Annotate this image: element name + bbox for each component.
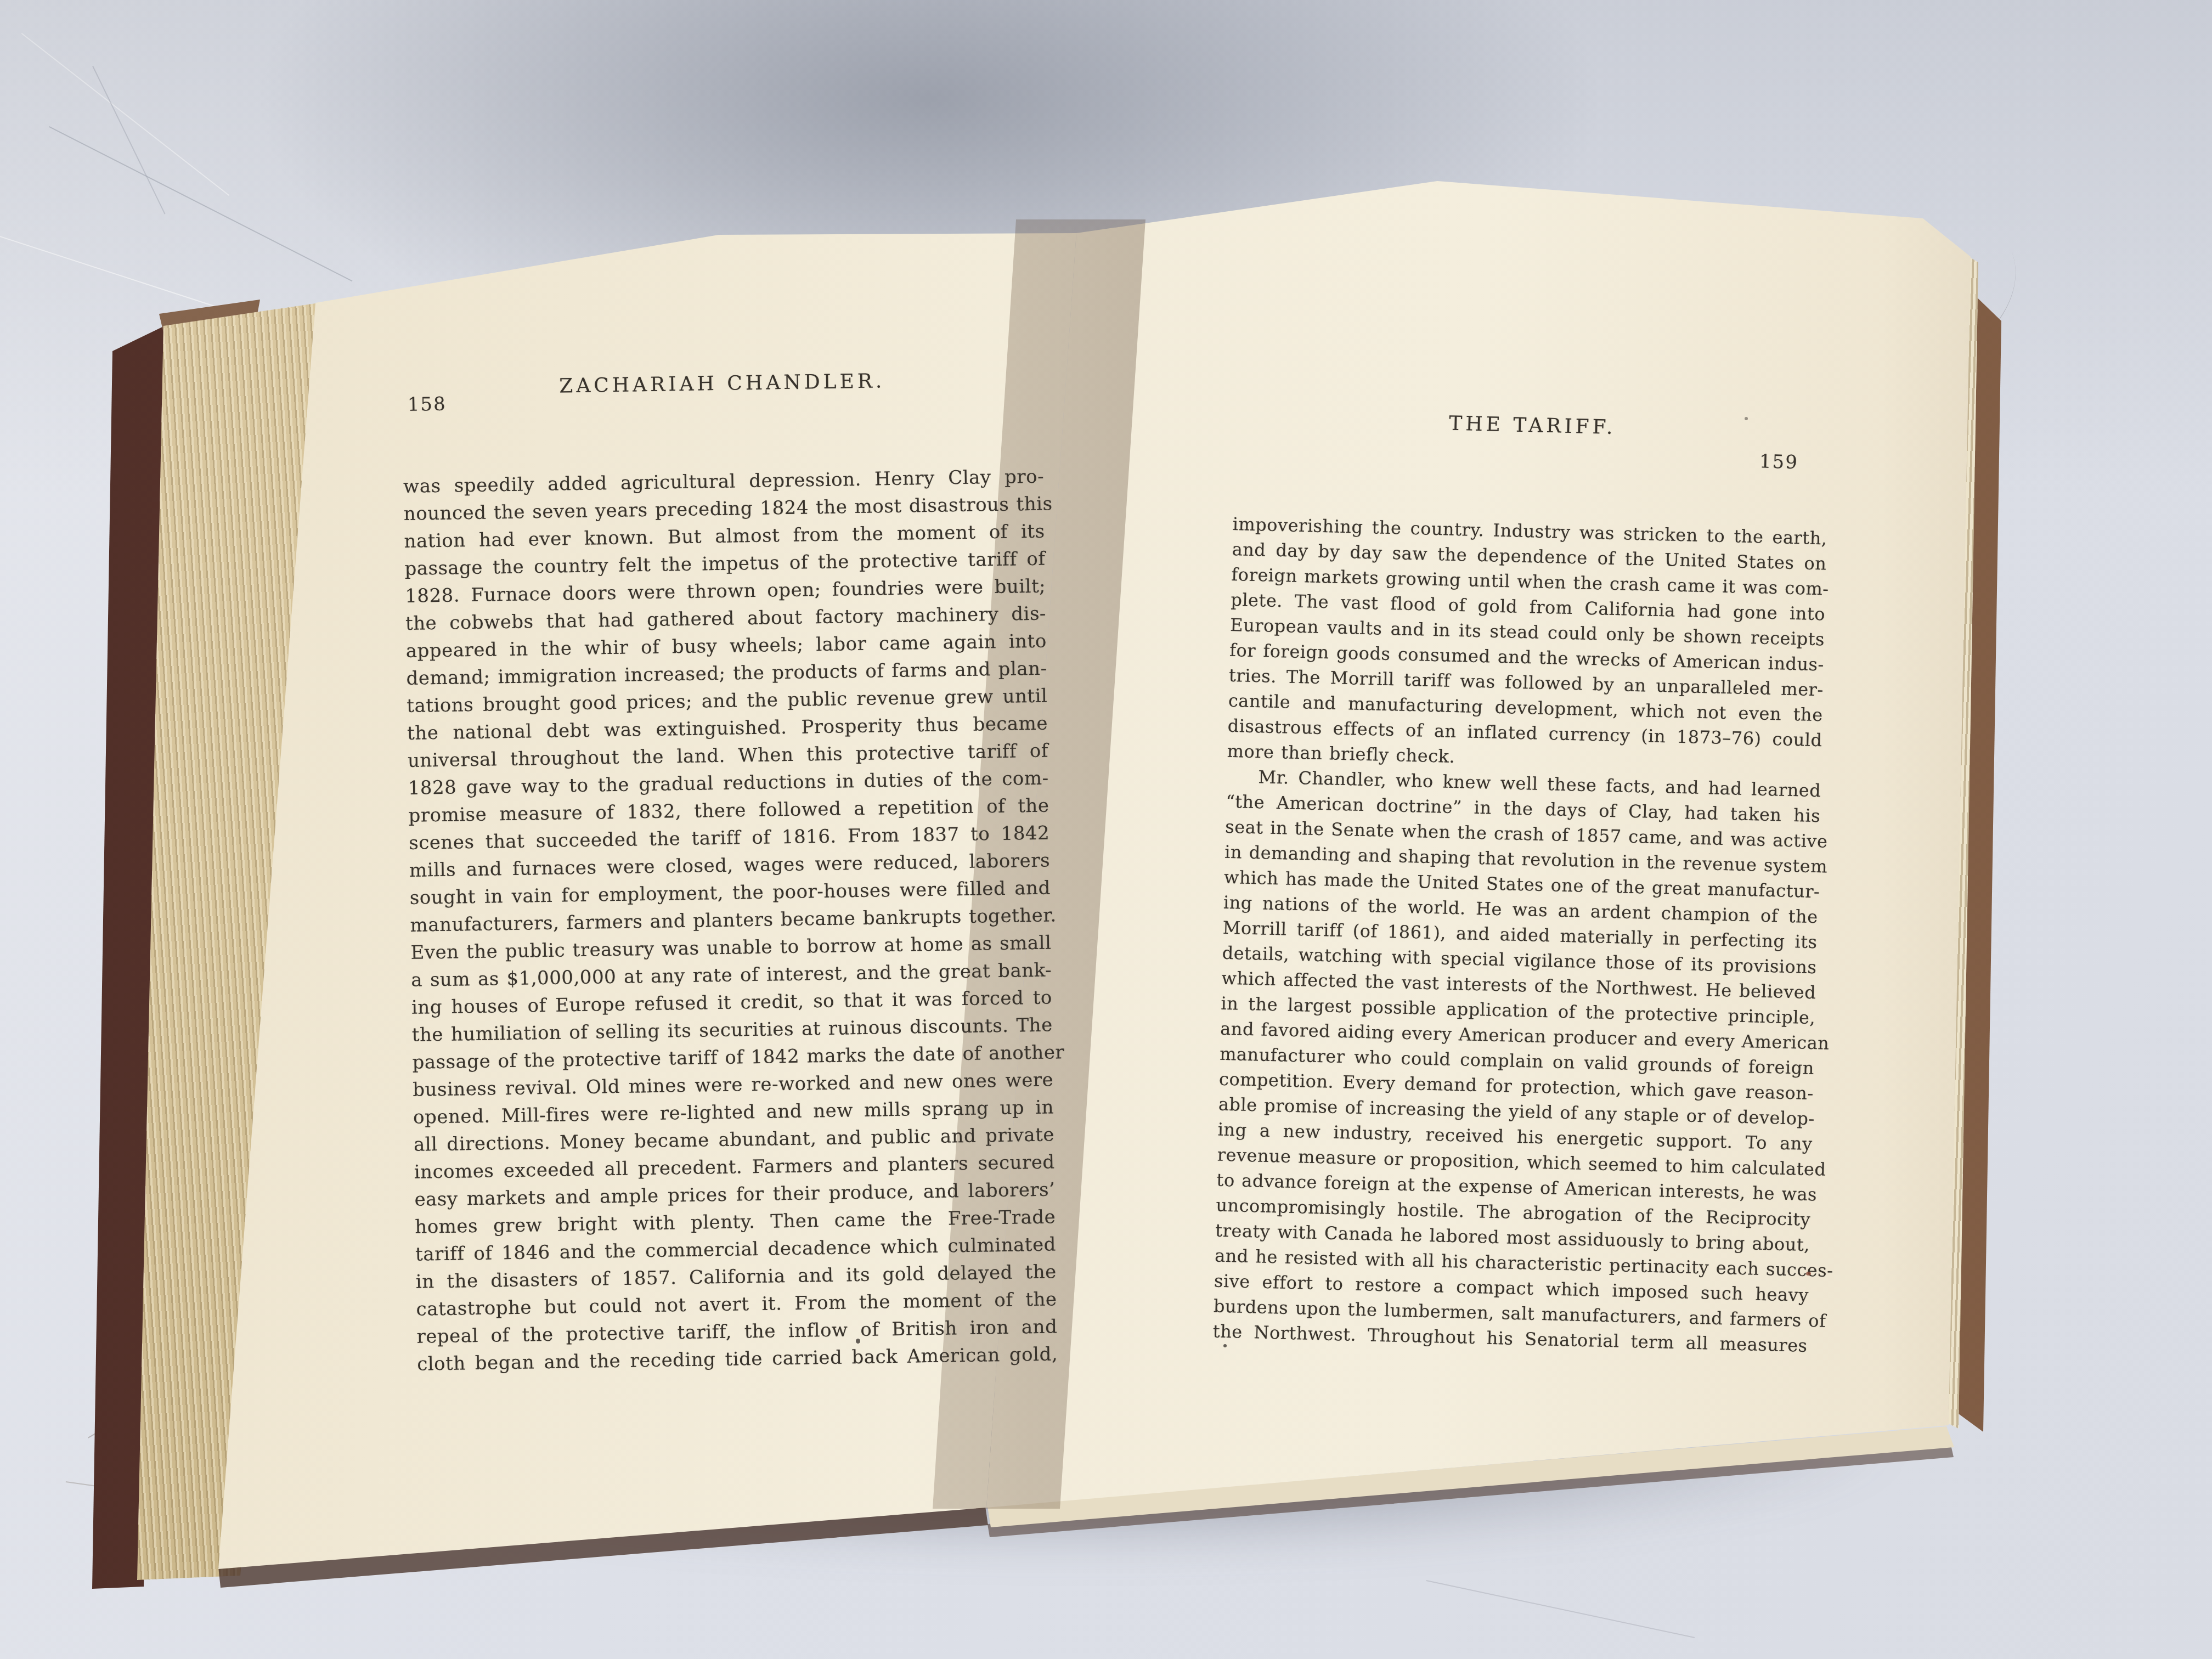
- page-speck: [1745, 417, 1748, 420]
- photo-scene: 158 ZACHARIAH CHANDLER. was speedily add…: [0, 0, 2212, 1659]
- surface-scratch: [0, 236, 219, 308]
- right-page-content: THE TARIFF. 159 impoverishing the countr…: [1212, 407, 1830, 1358]
- right-page-number: 159: [1759, 450, 1798, 473]
- surface-scratch: [92, 66, 165, 215]
- right-page-paragraph-2: Mr. Chandler, who knew well these facts,…: [1212, 764, 1821, 1358]
- surface-scratch: [49, 126, 352, 281]
- page-speck: [1806, 1272, 1811, 1276]
- left-page-number: 158: [407, 393, 447, 416]
- right-page-paragraph-1: impoverishing the country. Industry was …: [1227, 511, 1827, 778]
- left-page-paragraph: was speedily added agricultural depressi…: [403, 463, 1058, 1378]
- surface-scratch: [21, 33, 229, 196]
- left-page-content: 158 ZACHARIAH CHANDLER. was speedily add…: [402, 368, 1058, 1378]
- page-speck: [1223, 1344, 1227, 1347]
- page-speck: [856, 1339, 860, 1344]
